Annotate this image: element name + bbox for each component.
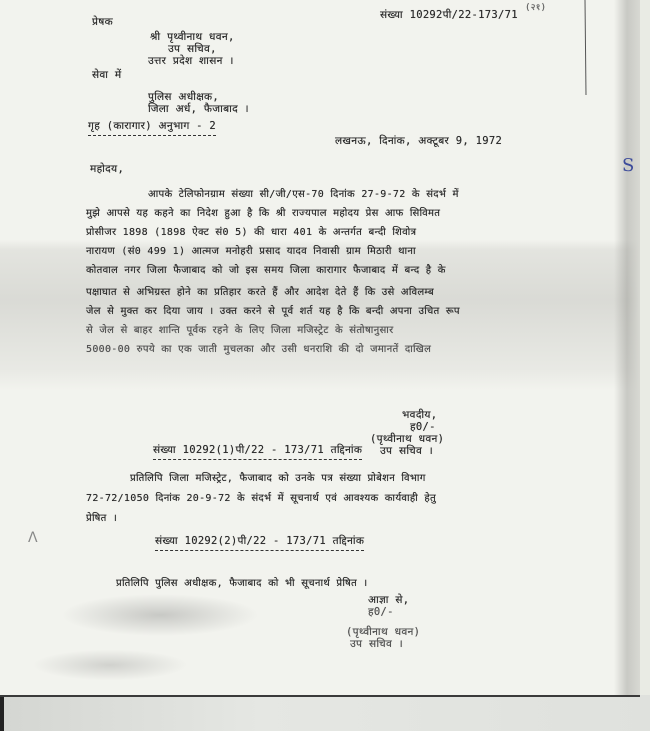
- reference-number: संख्या 10292पी/22-173/71: [380, 8, 518, 22]
- scanned-letter-page: (२१) संख्या 10292पी/22-173/71 प्रेषक श्र…: [0, 0, 640, 697]
- body-line: से जेल से बाहर शान्ति पूर्वक रहने के लिए…: [86, 322, 394, 336]
- body-line: पक्षाघात से अभिग्रस्त होने का प्रतिहार क…: [86, 284, 434, 298]
- paper-edge-shadow: [614, 0, 640, 697]
- copy2-reference: संख्या 10292(2)पी/22 - 173/71 तद्दिनांक: [155, 534, 364, 551]
- copy2-line: प्रतिलिपि पुलिस अधीक्षक, फैजाबाद को भी स…: [116, 575, 367, 589]
- salutation: महोदय,: [90, 162, 124, 176]
- recipient-label: सेवा में: [92, 68, 121, 82]
- copy1-line: प्रेषित ।: [86, 510, 117, 524]
- closing-designation: उप सचिव ।: [380, 444, 433, 458]
- closing2-signature: ह0/-: [368, 605, 394, 619]
- closing2-designation: उप सचिव ।: [350, 637, 403, 651]
- body-line: नारायण (सं0 499 1) आत्मज मनोहरी प्रसाद य…: [86, 243, 416, 257]
- department-section: गृह (कारागार) अनुभाग - 2: [88, 119, 216, 136]
- body-line: कोतवाल नगर जिला फैजाबाद को जो इस समय जिल…: [86, 262, 446, 276]
- ink-blot-mark: Λ: [28, 530, 38, 546]
- place-and-date: लखनऊ, दिनांक, अक्टूबर 9, 1972: [335, 134, 502, 148]
- body-line: 5000-00 रुपये का एक जाती मुचलका और उसी ध…: [86, 341, 431, 355]
- body-line: आपके टेलिफोनग्राम संख्या सी/जी/एस-70 दिन…: [148, 186, 459, 200]
- body-line: मुझे आपसे यह कहने का निदेश हुआ है कि श्र…: [86, 205, 440, 219]
- top-stamp: (२१): [525, 0, 546, 13]
- pen-margin-mark: S: [622, 155, 634, 176]
- sender-label: प्रेषक: [92, 15, 113, 29]
- body-line: जेल से मुक्त कर दिया जाय । उक्त करने से …: [86, 303, 460, 317]
- copy1-line: 72-72/1050 दिनांक 20-9-72 के संदर्भ में …: [86, 490, 436, 504]
- scanner-background: [0, 695, 650, 731]
- sender-organization: उत्तर प्रदेश शासन ।: [148, 54, 234, 68]
- copy1-line: प्रतिलिपि जिला मजिस्ट्रेट, फैजाबाद को उन…: [130, 470, 426, 484]
- copy1-reference: संख्या 10292(1)पी/22 - 173/71 तद्दिनांक: [153, 443, 362, 460]
- recipient-address: जिला अर्ध, फैजाबाद ।: [148, 102, 249, 116]
- margin-rule-line: [585, 0, 587, 95]
- body-line: प्रोसीजर 1898 (1898 ऐक्ट सं0 5) की धारा …: [86, 224, 416, 238]
